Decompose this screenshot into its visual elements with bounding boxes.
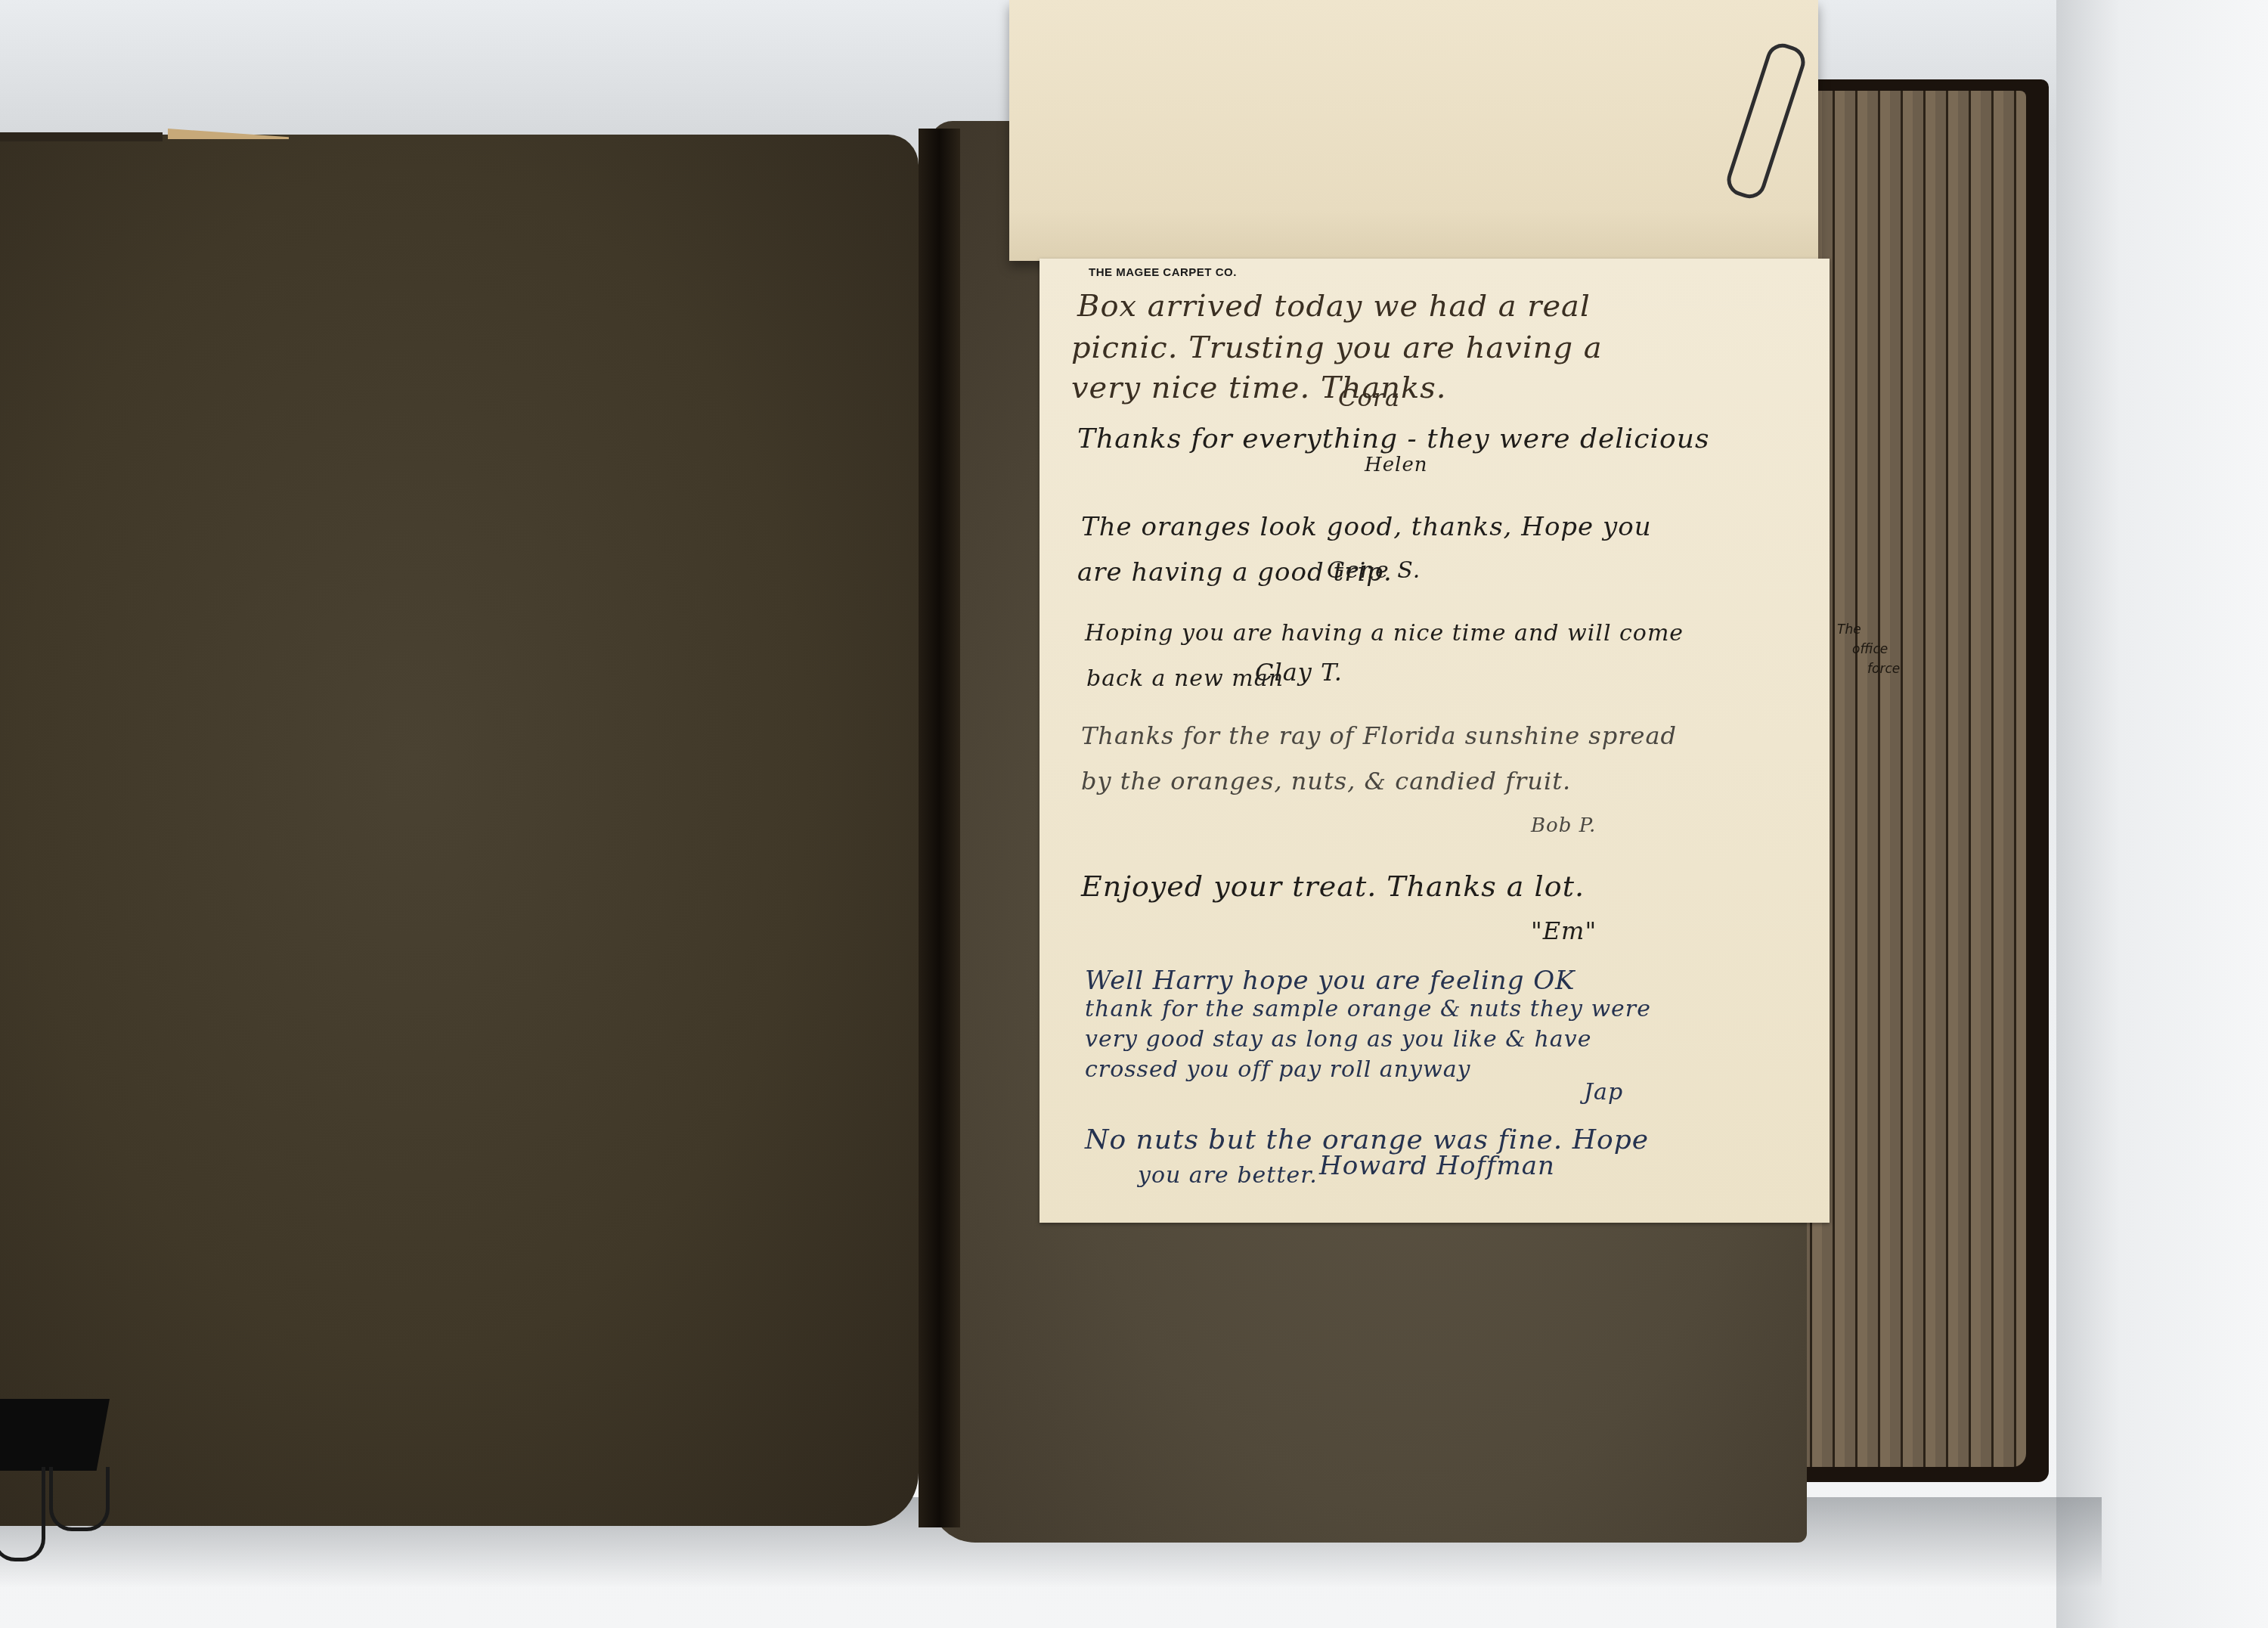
note-signature: "Em" bbox=[1531, 916, 1597, 945]
letter-back-sheet: ​ bbox=[1009, 0, 1818, 261]
note-line: Enjoyed your treat. Thanks a lot. bbox=[1081, 870, 1585, 903]
note-line: Hoping you are having a nice time and wi… bbox=[1085, 620, 1684, 647]
note-line: The oranges look good, thanks, Hope you bbox=[1081, 512, 1652, 542]
note-line: Thanks for everything - they were delici… bbox=[1077, 423, 1709, 454]
note-signature: Jap bbox=[1584, 1079, 1623, 1105]
backdrop-right bbox=[2056, 0, 2268, 1628]
note-line: picnic. Trusting you are having a bbox=[1071, 330, 1603, 365]
binder-clip-handle bbox=[49, 1467, 110, 1531]
note-signature: Gene S. bbox=[1327, 557, 1421, 584]
album-page-stack bbox=[1799, 91, 2026, 1467]
note-line: back a new man bbox=[1086, 665, 1284, 692]
album-gutter bbox=[919, 129, 960, 1527]
binder-clip-handle bbox=[0, 1467, 45, 1561]
note-signature: Helen bbox=[1365, 454, 1428, 476]
note-line: Thanks for the ray of Florida sunshine s… bbox=[1081, 721, 1677, 750]
note-line: very good stay as long as you like & hav… bbox=[1085, 1026, 1591, 1053]
album-annotation: The office force bbox=[1837, 620, 1935, 679]
note-line: you are better. bbox=[1138, 1162, 1318, 1189]
note-signature: Bob P. bbox=[1531, 814, 1596, 837]
note-signature: Cora bbox=[1338, 383, 1400, 412]
note-line: Well Harry hope you are feeling OK bbox=[1085, 966, 1576, 996]
note-line: crossed you off pay roll anyway bbox=[1085, 1056, 1471, 1083]
note-line: by the oranges, nuts, & candied fruit. bbox=[1081, 767, 1571, 795]
annotation-line: force bbox=[1837, 659, 1935, 679]
left-page-tab bbox=[168, 129, 289, 139]
letter-sheet: THE MAGEE CARPET CO. Box arrived today w… bbox=[1039, 259, 1830, 1223]
note-line: Box arrived today we had a real bbox=[1077, 289, 1591, 324]
album-left-page bbox=[0, 135, 919, 1526]
binder-clip-body bbox=[0, 1399, 110, 1471]
left-page-top-strip bbox=[0, 132, 163, 141]
letterhead: THE MAGEE CARPET CO. bbox=[1089, 266, 1237, 279]
note-line: thank for the sample orange & nuts they … bbox=[1085, 996, 1651, 1022]
binder-clip-icon bbox=[0, 1399, 113, 1565]
annotation-line: The bbox=[1837, 620, 1935, 640]
annotation-line: office bbox=[1837, 640, 1935, 659]
note-signature: Howard Hoffman bbox=[1319, 1151, 1555, 1181]
note-signature: Clay T. bbox=[1255, 658, 1343, 687]
